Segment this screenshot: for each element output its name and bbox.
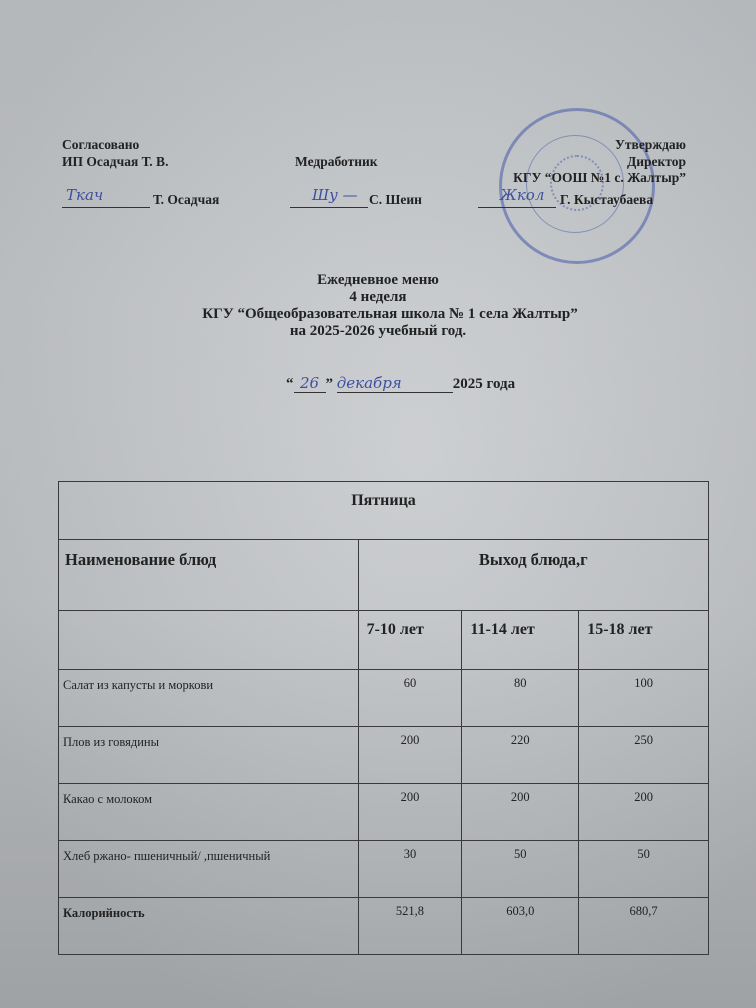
title-line-2: 4 неделя [0,289,756,306]
table-row: Плов из говядины 200 220 250 [59,727,709,784]
approval-left-org: ИП Осадчая Т. В. [62,154,168,170]
approval-middle-signer: С. Шеин [369,192,422,208]
age-empty-cell [59,611,359,670]
calories-value: 521,8 [358,898,462,955]
title-line-3: КГУ “Общеобразовательная школа № 1 села … [0,306,756,323]
approval-left-label: Согласовано [62,137,139,153]
signature-line-left [62,207,150,208]
dish-name: Салат из капусты и моркови [59,670,359,727]
day-of-week: Пятница [59,482,709,540]
approval-right-signer: Г. Кыстаубаева [560,192,653,208]
signature-middle: Шу — [312,186,358,204]
table-row: Салат из капусты и моркови 60 80 100 [59,670,709,727]
dish-output: 200 [462,784,579,841]
dish-output: 200 [358,784,462,841]
dish-output: 200 [579,784,709,841]
date-month: декабря [337,374,453,393]
dish-output: 100 [579,670,709,727]
date-open-quote: “ [286,376,294,392]
signature-line-right [478,207,556,208]
table-day-row: Пятница [59,482,709,540]
dish-output: 30 [358,841,462,898]
signature-line-middle [290,207,368,208]
dish-name: Плов из говядины [59,727,359,784]
approval-right-position: Директор [627,154,686,170]
table-header-row: Наименование блюд Выход блюда,г [59,540,709,611]
approval-right-org: КГУ “ООШ №1 с. Жалтыр” [513,170,686,186]
dish-name: Какао с молоком [59,784,359,841]
dish-output: 250 [579,727,709,784]
calories-value: 603,0 [462,898,579,955]
signature-right: Жкол [500,186,544,204]
dish-output: 50 [579,841,709,898]
approval-right-label: Утверждаю [615,137,686,153]
signature-left: Ткач [66,186,103,204]
table-total-row: Калорийность 521,8 603,0 680,7 [59,898,709,955]
menu-table: Пятница Наименование блюд Выход блюда,г … [58,481,709,955]
column-header-dish-name: Наименование блюд [59,540,359,611]
dish-output: 200 [358,727,462,784]
table-row: Хлеб ржано- пшеничный/ ,пшеничный 30 50 … [59,841,709,898]
age-group-header: 11-14 лет [462,611,579,670]
dish-output: 60 [358,670,462,727]
dish-name: Хлеб ржано- пшеничный/ ,пшеничный [59,841,359,898]
date-close-quote: ” [326,376,334,392]
calories-value: 680,7 [579,898,709,955]
age-group-header: 7-10 лет [358,611,462,670]
title-line-4: на 2025-2026 учебный год. [0,323,756,340]
date-line: “26” декабря2025 года [286,374,515,393]
age-group-header: 15-18 лет [579,611,709,670]
approval-middle-label: Медработник [295,154,378,170]
title-line-1: Ежедневное меню [0,272,756,289]
column-header-output: Выход блюда,г [358,540,708,611]
date-day: 26 [294,374,326,393]
dish-output: 50 [462,841,579,898]
dish-output: 220 [462,727,579,784]
approval-left-signer: Т. Осадчая [153,192,219,208]
date-year: 2025 года [453,376,515,392]
dish-output: 80 [462,670,579,727]
table-age-row: 7-10 лет 11-14 лет 15-18 лет [59,611,709,670]
calories-label: Калорийность [59,898,359,955]
table-row: Какао с молоком 200 200 200 [59,784,709,841]
